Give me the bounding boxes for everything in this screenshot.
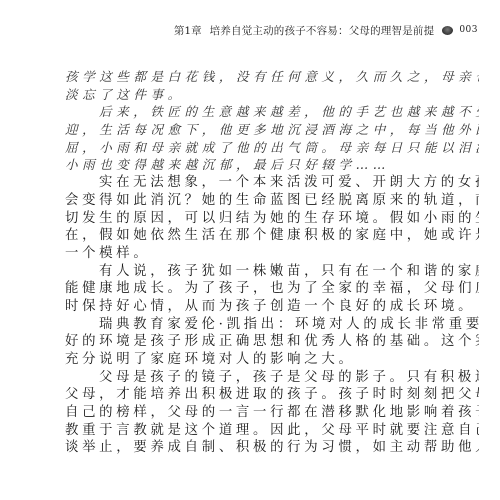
text-line: 一个模样。 (65, 245, 479, 263)
text-line: 淡忘了这件事。 (65, 86, 479, 104)
text-line: 有人说，孩子犹如一株嫩苗，只有在一个和谐的家庭中才 (65, 263, 479, 281)
text-line: 切发生的原因，可以归结为她的生存环境。假如小雨的生父还 (65, 210, 479, 228)
text-line: 自己的榜样，父母的一言一行都在潜移默化地影响着孩子，身 (65, 404, 479, 422)
page-number: 003 (459, 25, 478, 35)
page-body: 孩学这些都是白花钱，没有任何意义，久而久之，母亲也逐渐 淡忘了这件事。 后来，铁… (65, 68, 479, 457)
text-line: 父母是孩子的镜子，孩子是父母的影子。只有积极进取的 (65, 369, 479, 387)
running-header: 第1章 培养自觉主动的孩子不容易：父母的理智是前提 003 (0, 22, 478, 38)
text-line: 时保持好心情，从而为孩子创造一个良好的成长环境。 (65, 298, 479, 316)
text-line: 会变得如此消沉？她的生命蓝图已经脱离原来的轨道，而这一 (65, 192, 479, 210)
text-line: 瑞典教育家爱伦·凯指出：环境对人的成长非常重要，良 (65, 316, 479, 334)
text-line: 父母，才能培养出积极进取的孩子。孩子时时刻刻把父母作为 (65, 386, 479, 404)
text-line: 谈举止，要养成自制、积极的行为习惯，如主动帮助他人、努 (65, 439, 479, 457)
story-excerpt: 孩学这些都是白花钱，没有任何意义，久而久之，母亲也逐渐 淡忘了这件事。 后来，铁… (65, 68, 479, 174)
text-line: 教重于言教就是这个道理。因此，父母平时就要注意自己的言 (65, 422, 479, 440)
chapter-title: 培养自觉主动的孩子不容易：父母的理智是前提 (210, 23, 435, 38)
text-line: 充分说明了家庭环境对人的影响之大。 (65, 351, 479, 369)
page-marker-icon (442, 26, 453, 35)
body-text: 实在无法想象，一个本来活泼可爱、开朗大方的女孩怎么 会变得如此消沉？她的生命蓝图… (65, 174, 479, 457)
text-line: 迎，生活每况愈下，他更多地沉浸酒海之中，每当他外面受委 (65, 121, 479, 139)
text-line: 屈，小雨和母亲就成了他的出气筒。母亲每日只能以泪洗面， (65, 139, 479, 157)
text-line: 好的环境是孩子形成正确思想和优秀人格的基础。这个案例也 (65, 333, 479, 351)
text-line: 能健康地成长。为了孩子，也为了全家的幸福，父母们应该随 (65, 280, 479, 298)
text-line: 在，假如她依然生活在那个健康积极的家庭中，她或许是另外 (65, 227, 479, 245)
text-line: 实在无法想象，一个本来活泼可爱、开朗大方的女孩怎么 (65, 174, 479, 192)
chapter-number: 第1章 (174, 23, 202, 38)
text-line: 孩学这些都是白花钱，没有任何意义，久而久之，母亲也逐渐 (65, 68, 479, 86)
text-line: 小雨也变得越来越沉郁，最后只好辍学…… (65, 156, 479, 174)
text-line: 后来，铁匠的生意越来越差，他的手艺也越来越不受欢 (65, 103, 479, 121)
